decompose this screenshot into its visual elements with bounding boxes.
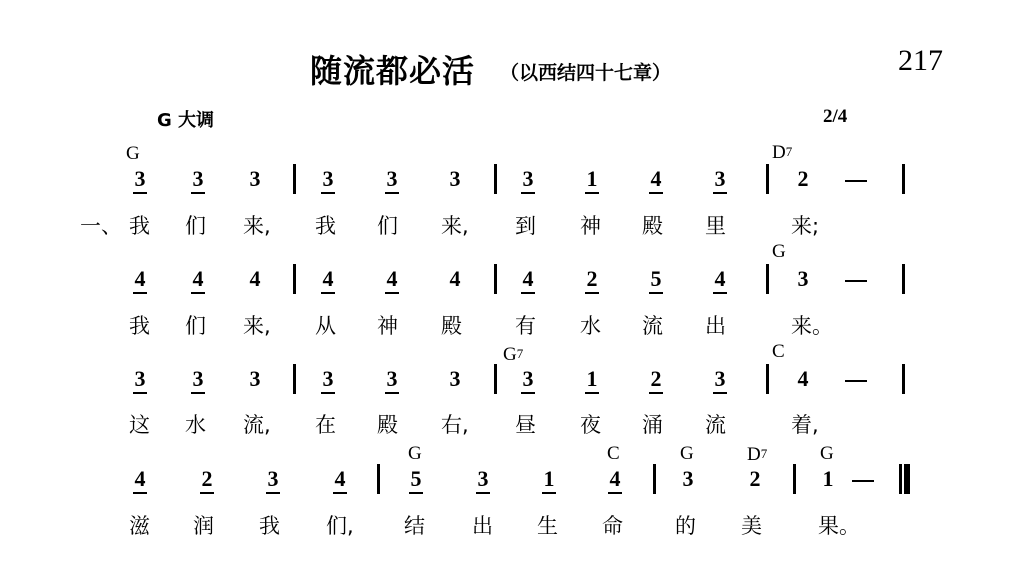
note: 1 xyxy=(537,466,561,492)
lyric-syllable: 夜 xyxy=(580,412,620,438)
note: 1 xyxy=(816,466,840,492)
lyric-syllable: 们 xyxy=(185,313,225,339)
lyric-syllable: 来, xyxy=(243,313,283,339)
bar-line xyxy=(494,164,497,194)
note: 2 xyxy=(195,466,219,492)
note: 4 xyxy=(128,266,152,292)
note: 3 xyxy=(380,166,404,192)
note: 3 xyxy=(128,166,152,192)
sustain-dash xyxy=(845,180,867,182)
chord-symbol: G xyxy=(126,144,140,164)
note: 1 xyxy=(580,366,604,392)
note: 3 xyxy=(443,166,467,192)
lyric-syllable: 这 xyxy=(129,412,169,438)
lyric-syllable: 出 xyxy=(705,313,745,339)
lyric-syllable: 命 xyxy=(602,513,642,539)
note: 3 xyxy=(443,366,467,392)
bar-line xyxy=(766,264,769,294)
chord-symbol: D7 xyxy=(772,142,792,163)
note: 2 xyxy=(791,166,815,192)
lyric-syllable: 们, xyxy=(326,513,366,539)
lyric-syllable: 流 xyxy=(642,313,682,339)
bar-line xyxy=(766,364,769,394)
note: 4 xyxy=(316,266,340,292)
lyric-syllable: 流 xyxy=(705,412,745,438)
note: 3 xyxy=(708,166,732,192)
chord-symbol: C xyxy=(607,444,620,464)
sustain-dash xyxy=(845,280,867,282)
sustain-dash xyxy=(852,480,874,482)
bar-line xyxy=(494,364,497,394)
note: 3 xyxy=(243,166,267,192)
lyric-syllable: 殿 xyxy=(377,412,417,438)
lyric-syllable: 着, xyxy=(791,412,831,438)
lyric-syllable: 我 xyxy=(315,213,355,239)
note: 4 xyxy=(243,266,267,292)
note: 3 xyxy=(186,166,210,192)
lyric-syllable: 里 xyxy=(705,213,745,239)
note: 3 xyxy=(516,366,540,392)
lyric-syllable: 有 xyxy=(515,313,555,339)
bar-line xyxy=(902,364,905,394)
lyric-syllable: 来, xyxy=(243,213,283,239)
note: 4 xyxy=(516,266,540,292)
lyric-syllable: 来; xyxy=(791,213,831,239)
note: 2 xyxy=(580,266,604,292)
lyric-syllable: 神 xyxy=(377,313,417,339)
lyric-syllable: 水 xyxy=(580,313,620,339)
song-subtitle: （以西结四十七章） xyxy=(500,58,671,85)
bar-line xyxy=(653,464,656,494)
time-signature: 2/4 xyxy=(823,106,847,128)
bar-line xyxy=(793,464,796,494)
note: 2 xyxy=(743,466,767,492)
note: 3 xyxy=(243,366,267,392)
note: 4 xyxy=(603,466,627,492)
lyric-syllable: 流, xyxy=(243,412,283,438)
lyric-syllable: 结 xyxy=(404,513,444,539)
note: 3 xyxy=(261,466,285,492)
chord-symbol: G xyxy=(772,242,786,262)
note: 3 xyxy=(791,266,815,292)
note: 3 xyxy=(471,466,495,492)
lyric-syllable: 果。 xyxy=(818,513,858,539)
note: 4 xyxy=(644,166,668,192)
lyric-syllable: 右, xyxy=(441,412,481,438)
lyric-syllable: 出 xyxy=(472,513,512,539)
lyric-syllable: 美 xyxy=(741,513,781,539)
chord-symbol: G xyxy=(408,444,422,464)
bar-line xyxy=(494,264,497,294)
bar-line xyxy=(293,364,296,394)
lyric-syllable: 涌 xyxy=(642,412,682,438)
lyric-syllable: 殿 xyxy=(441,313,481,339)
lyric-syllable: 我 xyxy=(259,513,299,539)
key-signature: G 大调 xyxy=(157,106,214,132)
lyric-syllable: 到 xyxy=(515,213,555,239)
lyric-syllable: 的 xyxy=(675,513,715,539)
note: 5 xyxy=(404,466,428,492)
note: 2 xyxy=(644,366,668,392)
note: 5 xyxy=(644,266,668,292)
bar-line xyxy=(902,264,905,294)
bar-line xyxy=(902,164,905,194)
bar-line xyxy=(293,164,296,194)
lyric-syllable: 来, xyxy=(441,213,481,239)
song-title: 随流都必活 xyxy=(310,46,475,92)
note: 4 xyxy=(328,466,352,492)
note: 3 xyxy=(316,166,340,192)
lyric-syllable: 滋 xyxy=(129,513,169,539)
note: 3 xyxy=(676,466,700,492)
lyric-syllable: 我 xyxy=(129,213,169,239)
lyric-syllable: 从 xyxy=(315,313,355,339)
note: 4 xyxy=(443,266,467,292)
lyric-syllable: 昼 xyxy=(515,412,555,438)
lyric-syllable: 我 xyxy=(129,313,169,339)
lyric-syllable: 殿 xyxy=(642,213,682,239)
bar-line xyxy=(377,464,380,494)
lyric-syllable: 水 xyxy=(185,412,225,438)
note: 3 xyxy=(380,366,404,392)
note: 1 xyxy=(580,166,604,192)
chord-symbol: G xyxy=(820,444,834,464)
note: 3 xyxy=(186,366,210,392)
note: 4 xyxy=(128,466,152,492)
note: 3 xyxy=(128,366,152,392)
note: 4 xyxy=(186,266,210,292)
chord-symbol: G xyxy=(680,444,694,464)
note: 4 xyxy=(380,266,404,292)
lyric-syllable: 润 xyxy=(193,513,233,539)
final-double-bar xyxy=(899,464,910,494)
note: 4 xyxy=(708,266,732,292)
page-number: 217 xyxy=(898,44,943,78)
verse-label: 一、 xyxy=(80,213,122,239)
lyric-syllable: 来。 xyxy=(791,313,831,339)
chord-symbol: D7 xyxy=(747,444,767,465)
sustain-dash xyxy=(845,380,867,382)
lyric-syllable: 生 xyxy=(537,513,577,539)
chord-symbol: G7 xyxy=(503,344,523,365)
lyric-syllable: 们 xyxy=(377,213,417,239)
note: 3 xyxy=(316,366,340,392)
bar-line xyxy=(293,264,296,294)
note: 3 xyxy=(708,366,732,392)
note: 4 xyxy=(791,366,815,392)
chord-symbol: C xyxy=(772,342,785,362)
bar-line xyxy=(766,164,769,194)
note: 3 xyxy=(516,166,540,192)
lyric-syllable: 在 xyxy=(315,412,355,438)
lyric-syllable: 们 xyxy=(185,213,225,239)
lyric-syllable: 神 xyxy=(580,213,620,239)
